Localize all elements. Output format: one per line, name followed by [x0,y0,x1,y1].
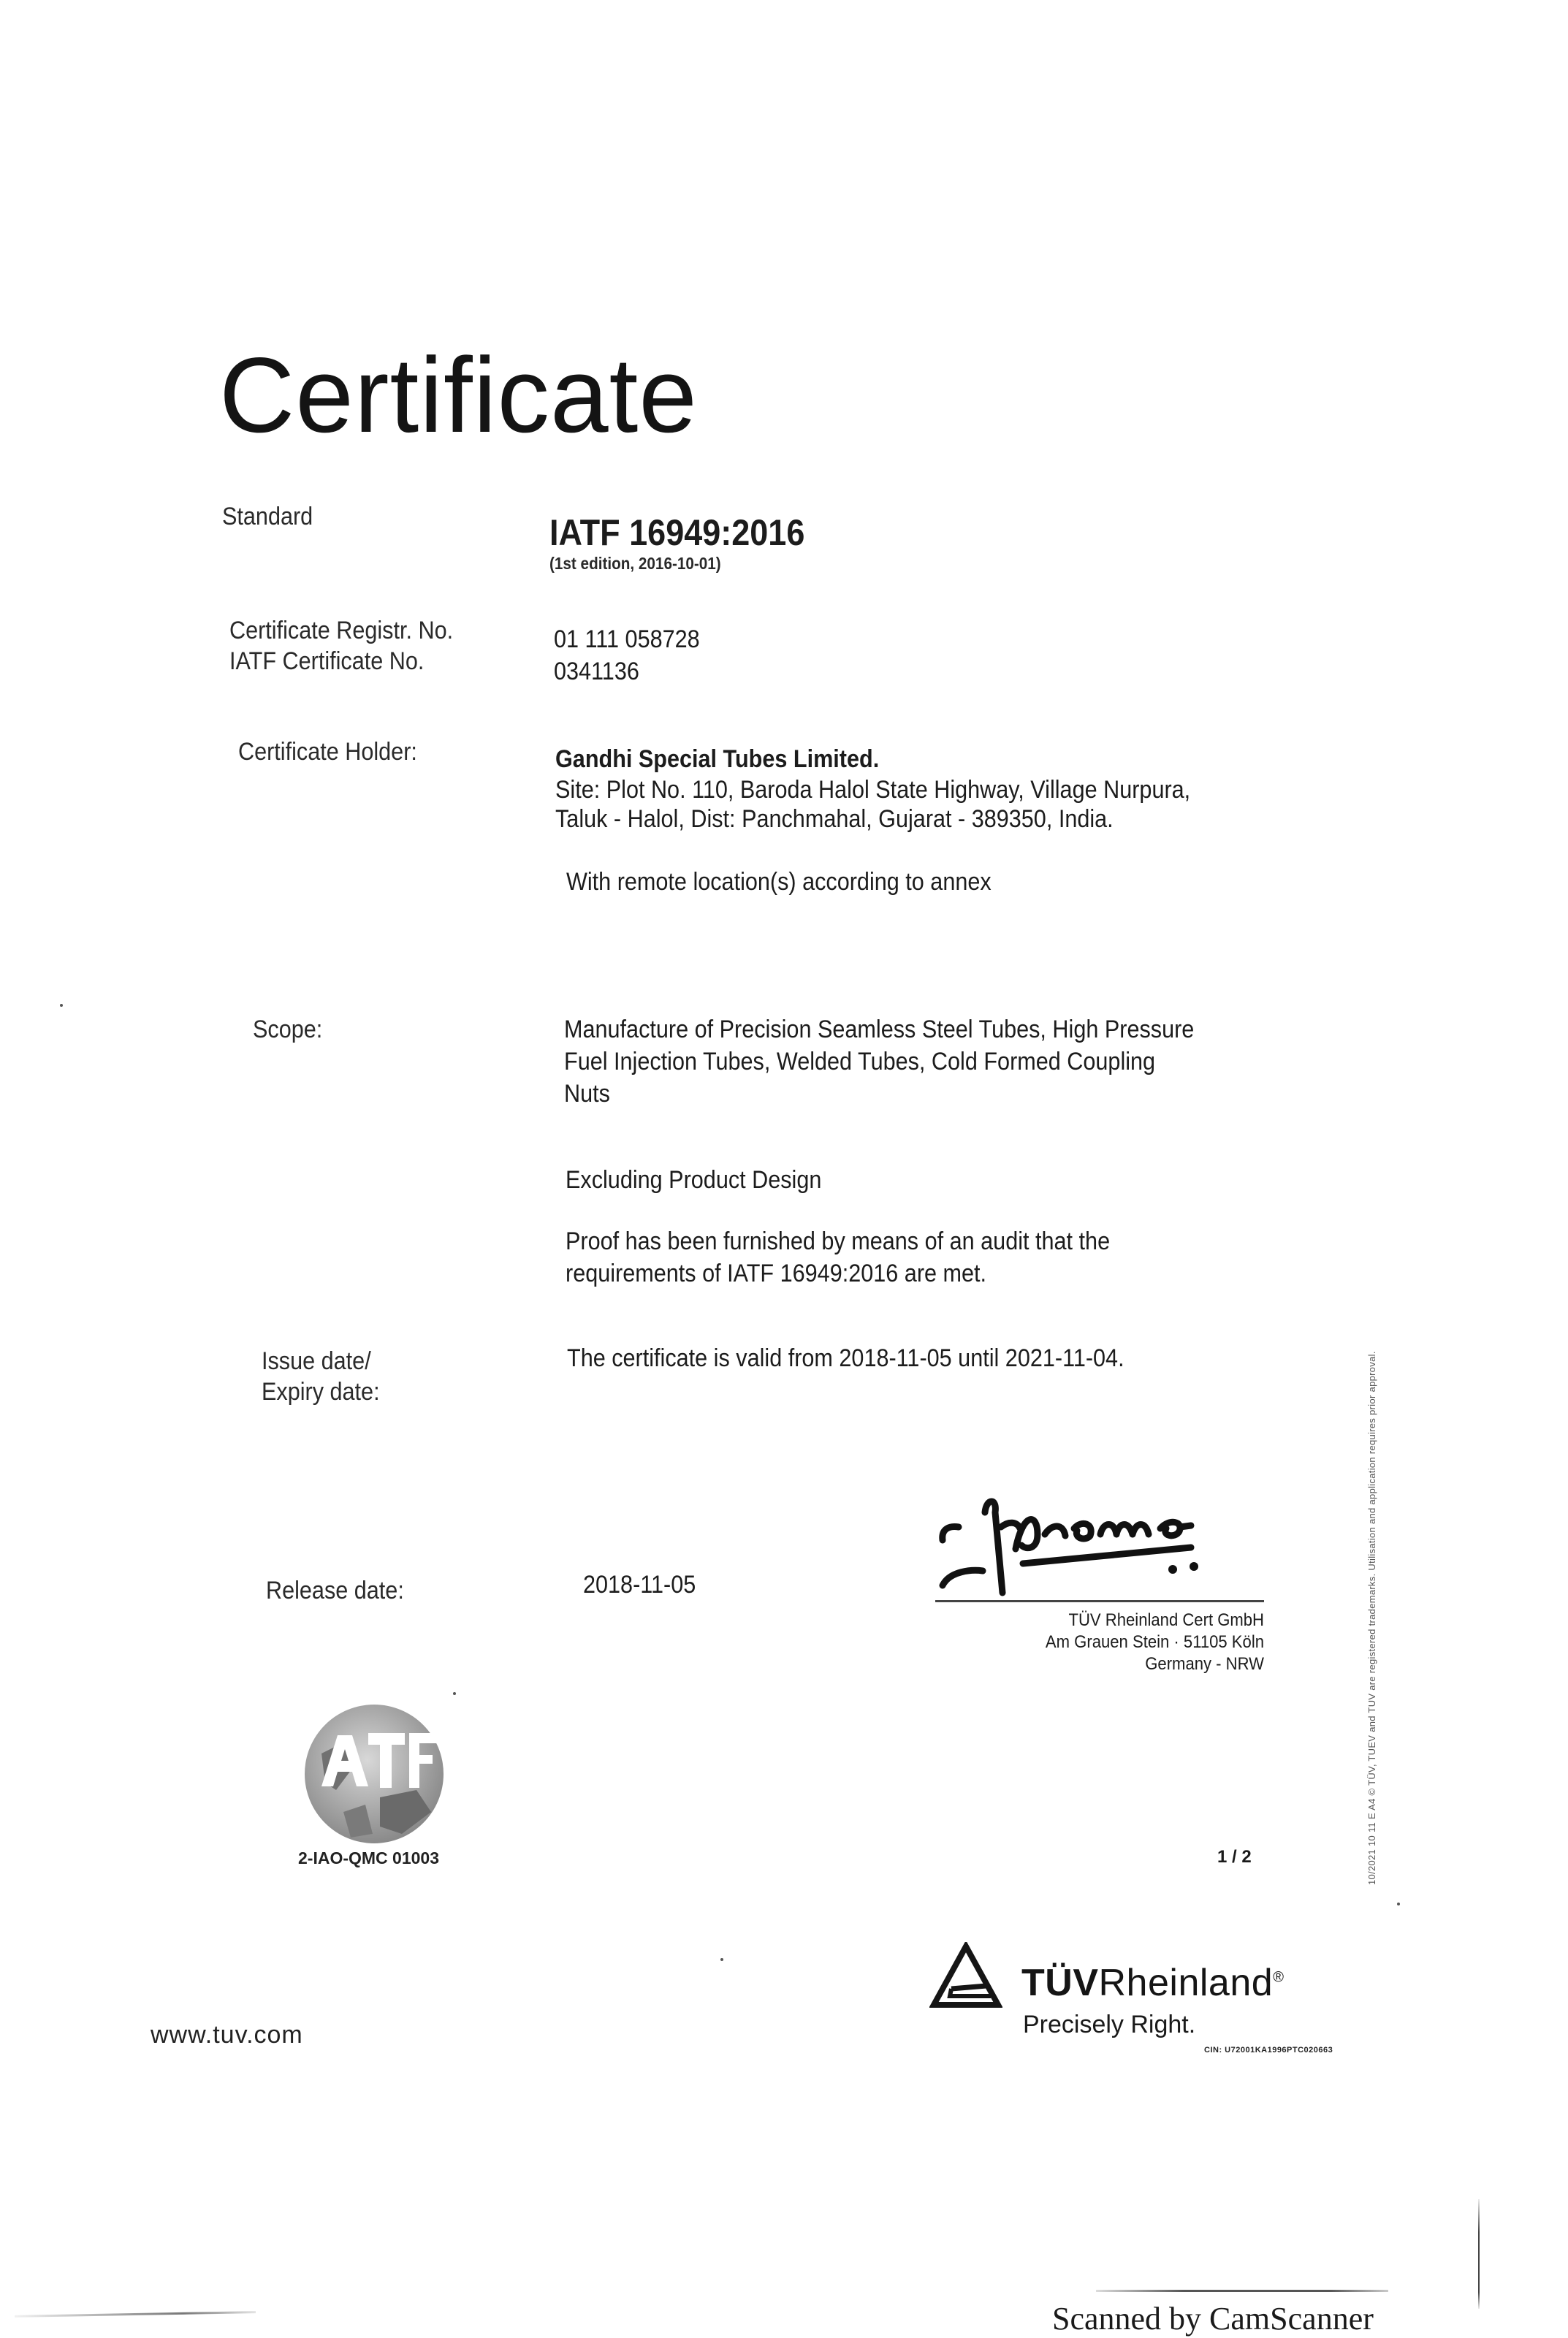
scan-edge-mark [1478,2199,1480,2309]
scan-speck [60,1004,63,1007]
holder-address-line2: Taluk - Halol, Dist: Panchmahal, Gujarat… [555,802,1114,836]
expiry-date-label: Expiry date: [262,1376,380,1407]
scope-label: Scope: [253,1014,322,1045]
iatf-logo-code: 2-IAO-QMC 01003 [298,1848,439,1868]
tuv-tagline: Precisely Right. [1023,2011,1195,2039]
scope-exclusion: Excluding Product Design [566,1163,821,1197]
standard-name: IATF 16949:2016 [549,511,804,554]
issuer-name: TÜV Rheinland Cert GmbH [962,1610,1264,1631]
camscanner-watermark: Scanned by CamScanner [1052,2300,1374,2337]
remote-location-note: With remote location(s) according to ann… [566,865,992,899]
registr-no-label: Certificate Registr. No. [229,615,453,646]
scope-line3: Nuts [564,1077,610,1111]
proof-line1: Proof has been furnished by means of an … [566,1225,1110,1258]
tuv-brand-name: TÜVRheinland® [1021,1961,1284,2005]
release-date-value: 2018-11-05 [583,1568,696,1602]
scan-artifact-line [15,2311,256,2318]
scan-speck [1397,1903,1400,1905]
standard-label: Standard [222,501,313,532]
validity-text: The certificate is valid from 2018-11-05… [567,1341,1124,1375]
registr-no-value: 01 111 058728 [554,622,700,656]
scan-speck [453,1692,456,1695]
scan-artifact-line [1096,2290,1388,2292]
holder-label: Certificate Holder: [238,736,417,767]
scan-speck [720,1958,723,1961]
issue-date-label: Issue date/ [262,1346,371,1376]
website-link[interactable]: www.tuv.com [151,2021,303,2049]
cin-number: CIN: U72001KA1996PTC020663 [1204,2046,1333,2055]
scope-line2: Fuel Injection Tubes, Welded Tubes, Cold… [564,1045,1155,1078]
trademark-side-note: 10/2021 10 11 E A4 © TÜV, TUEV and TUV a… [1366,1351,1377,1885]
document-title: Certificate [219,342,698,449]
issuer-block: TÜV Rheinland Cert GmbH Am Grauen Stein … [935,1600,1264,1675]
scope-line1: Manufacture of Precision Seamless Steel … [564,1013,1194,1046]
issuer-country: Germany - NRW [962,1653,1264,1675]
proof-line2: requirements of IATF 16949:2016 are met. [566,1257,986,1290]
tuv-brand-bold: TÜV [1021,1962,1099,2004]
registered-mark: ® [1273,1970,1284,1986]
release-date-label: Release date: [266,1575,404,1606]
iatf-cert-no-value: 0341136 [554,655,639,688]
signature-icon [928,1483,1220,1600]
iatf-globe-logo-icon [292,1688,460,1856]
tuv-brand-regular: Rheinland [1099,1962,1274,2004]
holder-name: Gandhi Special Tubes Limited. [555,742,879,776]
iatf-cert-no-label: IATF Certificate No. [229,646,424,677]
page-number: 1 / 2 [1217,1847,1252,1867]
standard-edition: (1st edition, 2016-10-01) [549,554,721,574]
tuv-triangle-logo-icon [929,1942,1002,2009]
issuer-address: Am Grauen Stein · 51105 Köln [962,1631,1264,1653]
